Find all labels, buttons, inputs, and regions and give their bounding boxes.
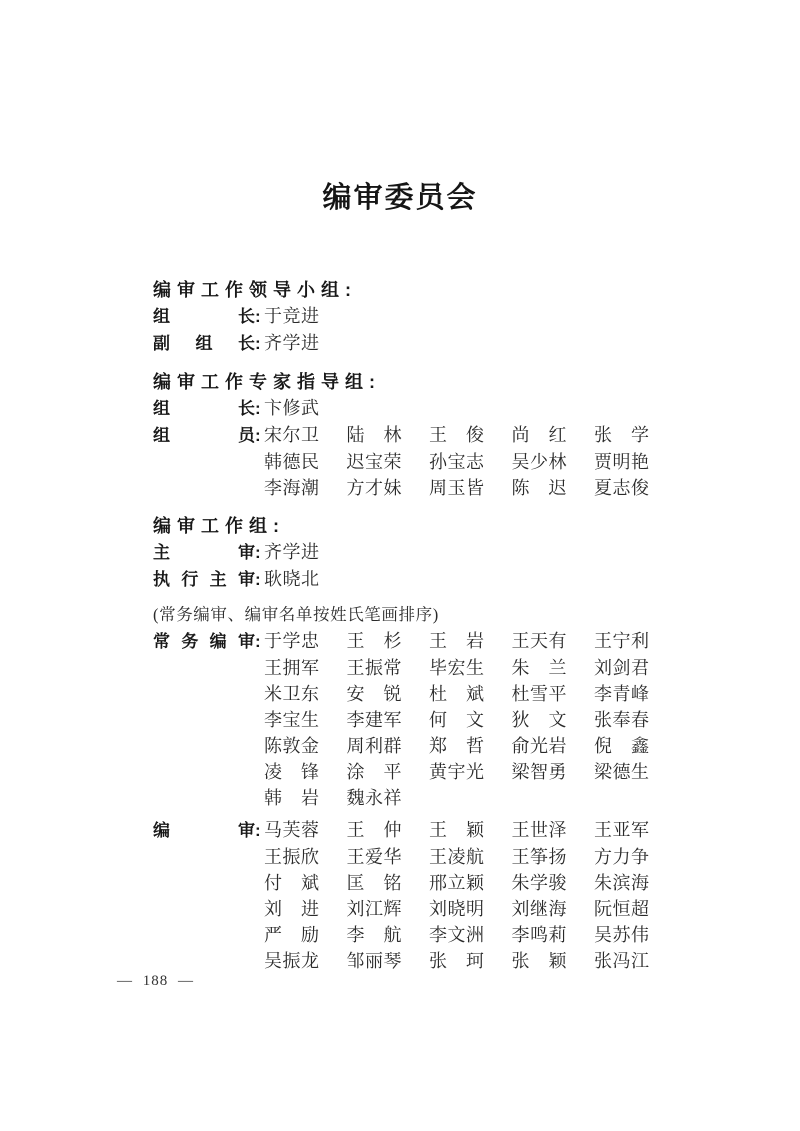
entry-row: 副组长:齐学进 [153, 330, 673, 357]
entry: 组长:于竞进 [153, 303, 673, 330]
person-name: 梁智勇 [512, 759, 567, 785]
person-name: 朱学骏 [512, 870, 567, 896]
entry-label-char: 审 [238, 818, 255, 844]
name-row: 卞修武 [264, 395, 319, 421]
person-name: 王亚军 [594, 817, 649, 843]
entry-label: 副组长 [153, 331, 255, 357]
entry-label-colon: : [255, 423, 264, 449]
entry-label-char: 审 [238, 540, 255, 566]
name-row: 米卫东安锐杜斌杜雪平李青峰 [264, 681, 649, 707]
entry-label-char: 副 [153, 331, 170, 357]
entry-row: 主审:齐学进 [153, 539, 673, 566]
person-name: 安锐 [347, 681, 402, 707]
entry-label-char: 组 [153, 423, 170, 449]
entry-row: 刘进刘江辉刘晓明刘继海阮恒超 [153, 896, 673, 922]
committee-list: 编审工作领导小组:组长:于竞进副组长:齐学进编审工作专家指导组:组长:卞修武组员… [153, 277, 673, 974]
person-name: 陈敦金 [264, 733, 319, 759]
entry-label-char: 审 [238, 629, 255, 655]
person-name: 李青峰 [594, 681, 649, 707]
person-name: 魏永祥 [347, 785, 402, 811]
entry-row: 常务编审:于学忠王杉王岩王天有王宁利 [153, 628, 673, 655]
person-name: 张珂 [429, 948, 484, 974]
person-name: 米卫东 [264, 681, 319, 707]
person-name: 韩德民 [264, 449, 319, 475]
person-name: 张奉春 [594, 707, 649, 733]
name-row: 于竞进 [264, 303, 319, 329]
person-name: 于竞进 [264, 303, 319, 329]
person-name: 梁德生 [594, 759, 649, 785]
person-name: 齐学进 [264, 330, 319, 356]
person-name: 夏志俊 [594, 475, 649, 501]
entry-label: 组长 [153, 304, 255, 330]
entry-label-colon: : [255, 331, 264, 357]
entry-row: 陈敦金周利群郑哲俞光岩倪鑫 [153, 733, 673, 759]
person-name: 李文洲 [429, 922, 484, 948]
person-name: 黄宇光 [429, 759, 484, 785]
person-name: 李建军 [347, 707, 402, 733]
person-name: 齐学进 [264, 539, 319, 565]
person-name: 尚红 [512, 422, 567, 448]
person-name: 李鸣莉 [512, 922, 567, 948]
entry: 组长:卞修武 [153, 395, 673, 422]
person-name: 王振常 [347, 655, 402, 681]
name-row: 刘进刘江辉刘晓明刘继海阮恒超 [264, 896, 649, 922]
name-row: 王拥军王振常毕宏生朱兰刘剑君 [264, 655, 649, 681]
person-name: 王仲 [347, 817, 402, 843]
entry: 主审:齐学进 [153, 539, 673, 566]
entry-row: 韩岩魏永祥 [153, 785, 673, 811]
entry-row: 凌锋涂平黄宇光梁智勇梁德生 [153, 759, 673, 785]
entry-label-char: 员 [238, 423, 255, 449]
section-heading: 编审工作组: [153, 513, 673, 539]
name-row: 于学忠王杉王岩王天有王宁利 [264, 628, 649, 654]
entry-label-colon: : [255, 818, 264, 844]
entry-label-char: 编 [210, 629, 227, 655]
person-name: 毕宏生 [429, 655, 484, 681]
entry-label-char: 编 [153, 818, 170, 844]
entry-row: 严励李航李文洲李鸣莉吴苏伟 [153, 922, 673, 948]
person-name: 王世泽 [512, 817, 567, 843]
name-row: 付斌匡铭邢立颖朱学骏朱滨海 [264, 870, 649, 896]
entry-row: 吴振龙邹丽琴张珂张颖张冯江 [153, 948, 673, 974]
person-name: 周玉皆 [429, 475, 484, 501]
person-name: 韩岩 [264, 785, 319, 811]
name-row: 宋尔卫陆林王俊尚红张学 [264, 422, 649, 448]
entry-label: 编审 [153, 818, 255, 844]
name-row: 马芙蓉王仲王颖王世泽王亚军 [264, 817, 649, 843]
person-name: 于学忠 [264, 628, 319, 654]
entry: 编审:马芙蓉王仲王颖王世泽王亚军王振欣王爱华王凌航王筝扬方力争付斌匡铭邢立颖朱学… [153, 817, 673, 974]
person-name: 张冯江 [594, 948, 649, 974]
page-title: 编审委员会 [0, 183, 800, 213]
person-name: 邹丽琴 [347, 948, 402, 974]
person-name: 杜斌 [429, 681, 484, 707]
person-name: 王颖 [429, 817, 484, 843]
entry-label-colon: : [255, 629, 264, 655]
person-name: 王拥军 [264, 655, 319, 681]
person-name: 方力争 [594, 844, 649, 870]
entry-label: 执行主审 [153, 567, 255, 593]
person-name: 李海潮 [264, 475, 319, 501]
entry-label-char: 长 [238, 396, 255, 422]
person-name: 吴少林 [512, 449, 567, 475]
person-name: 刘进 [264, 896, 319, 922]
entry-row: 王振欣王爱华王凌航王筝扬方力争 [153, 844, 673, 870]
name-row: 严励李航李文洲李鸣莉吴苏伟 [264, 922, 649, 948]
person-name: 吴振龙 [264, 948, 319, 974]
entry-row: 编审:马芙蓉王仲王颖王世泽王亚军 [153, 817, 673, 844]
person-name: 王凌航 [429, 844, 484, 870]
entry-label-char: 主 [153, 540, 170, 566]
person-name: 王天有 [512, 628, 567, 654]
entry-label-char: 常 [153, 629, 170, 655]
name-row: 李海潮方才妹周玉皆陈迟夏志俊 [264, 475, 649, 501]
entry-label-char: 行 [181, 567, 198, 593]
person-name: 马芙蓉 [264, 817, 319, 843]
entry-label-colon: : [255, 567, 264, 593]
entry-label-colon: : [255, 304, 264, 330]
entry-row: 组长:卞修武 [153, 395, 673, 422]
person-name: 杜雪平 [512, 681, 567, 707]
person-name: 王杉 [347, 628, 402, 654]
page-number: — 188 — [117, 971, 194, 991]
person-name: 周利群 [347, 733, 402, 759]
entry-row: 米卫东安锐杜斌杜雪平李青峰 [153, 681, 673, 707]
entry-row: 韩德民迟宝荣孙宝志吴少林贾明艳 [153, 449, 673, 475]
entry-label: 常务编审 [153, 629, 255, 655]
entry-label-char: 组 [196, 331, 213, 357]
entry-label-char: 组 [153, 396, 170, 422]
entry-row: 执行主审:耿晓北 [153, 566, 673, 593]
person-name: 孙宝志 [429, 449, 484, 475]
name-row: 韩岩魏永祥 [264, 785, 402, 811]
person-name: 张颖 [512, 948, 567, 974]
entry-label-colon: : [255, 540, 264, 566]
name-row: 韩德民迟宝荣孙宝志吴少林贾明艳 [264, 449, 649, 475]
entry-row: 组员:宋尔卫陆林王俊尚红张学 [153, 422, 673, 449]
name-row: 耿晓北 [264, 566, 319, 592]
name-row: 凌锋涂平黄宇光梁智勇梁德生 [264, 759, 649, 785]
person-name: 刘剑君 [594, 655, 649, 681]
entry-label-char: 执 [153, 567, 170, 593]
person-name: 王宁利 [594, 628, 649, 654]
person-name: 倪鑫 [594, 733, 649, 759]
person-name: 迟宝荣 [347, 449, 402, 475]
person-name: 刘继海 [512, 896, 567, 922]
name-row: 吴振龙邹丽琴张珂张颖张冯江 [264, 948, 649, 974]
person-name: 陆林 [347, 422, 402, 448]
entry-row: 组长:于竞进 [153, 303, 673, 330]
person-name: 王岩 [429, 628, 484, 654]
section-heading: 编审工作领导小组: [153, 277, 673, 303]
sort-note: (常务编审、编审名单按姓氏笔画排序) [153, 602, 673, 628]
person-name: 朱兰 [512, 655, 567, 681]
entry-label-char: 主 [210, 567, 227, 593]
name-row: 王振欣王爱华王凌航王筝扬方力争 [264, 844, 649, 870]
person-name: 王俊 [429, 422, 484, 448]
entry: 副组长:齐学进 [153, 330, 673, 357]
entry: 常务编审:于学忠王杉王岩王天有王宁利王拥军王振常毕宏生朱兰刘剑君米卫东安锐杜斌杜… [153, 628, 673, 811]
person-name: 严励 [264, 922, 319, 948]
person-name: 刘晓明 [429, 896, 484, 922]
person-name: 涂平 [347, 759, 402, 785]
entry-label: 组长 [153, 396, 255, 422]
name-row: 李宝生李建军何文狄文张奉春 [264, 707, 649, 733]
person-name: 狄文 [512, 707, 567, 733]
person-name: 朱滨海 [594, 870, 649, 896]
person-name: 张学 [594, 422, 649, 448]
entry-row: 李海潮方才妹周玉皆陈迟夏志俊 [153, 475, 673, 501]
person-name: 刘江辉 [347, 896, 402, 922]
person-name: 方才妹 [347, 475, 402, 501]
section-heading: 编审工作专家指导组: [153, 369, 673, 395]
person-name: 匡铭 [347, 870, 402, 896]
entry-row: 李宝生李建军何文狄文张奉春 [153, 707, 673, 733]
name-row: 齐学进 [264, 330, 319, 356]
person-name: 付斌 [264, 870, 319, 896]
entry-label-char: 务 [181, 629, 198, 655]
person-name: 吴苏伟 [594, 922, 649, 948]
entry-label-colon: : [255, 396, 264, 422]
entry-label-char: 长 [238, 304, 255, 330]
person-name: 阮恒超 [594, 896, 649, 922]
person-name: 凌锋 [264, 759, 319, 785]
entry-label-char: 长 [238, 331, 255, 357]
entry-label: 主审 [153, 540, 255, 566]
person-name: 李宝生 [264, 707, 319, 733]
person-name: 卞修武 [264, 395, 319, 421]
person-name: 陈迟 [512, 475, 567, 501]
entry-row: 王拥军王振常毕宏生朱兰刘剑君 [153, 655, 673, 681]
person-name: 何文 [429, 707, 484, 733]
person-name: 耿晓北 [264, 566, 319, 592]
entry-label-char: 组 [153, 304, 170, 330]
entry-row: 付斌匡铭邢立颖朱学骏朱滨海 [153, 870, 673, 896]
entry-label: 组员 [153, 423, 255, 449]
person-name: 王振欣 [264, 844, 319, 870]
person-name: 俞光岩 [512, 733, 567, 759]
person-name: 邢立颖 [429, 870, 484, 896]
name-row: 陈敦金周利群郑哲俞光岩倪鑫 [264, 733, 649, 759]
name-row: 齐学进 [264, 539, 319, 565]
entry: 组员:宋尔卫陆林王俊尚红张学韩德民迟宝荣孙宝志吴少林贾明艳李海潮方才妹周玉皆陈迟… [153, 422, 673, 501]
person-name: 李航 [347, 922, 402, 948]
person-name: 宋尔卫 [264, 422, 319, 448]
person-name: 贾明艳 [594, 449, 649, 475]
entry-label-char: 审 [238, 567, 255, 593]
person-name: 王爱华 [347, 844, 402, 870]
person-name: 王筝扬 [512, 844, 567, 870]
person-name: 郑哲 [429, 733, 484, 759]
entry: 执行主审:耿晓北 [153, 566, 673, 593]
